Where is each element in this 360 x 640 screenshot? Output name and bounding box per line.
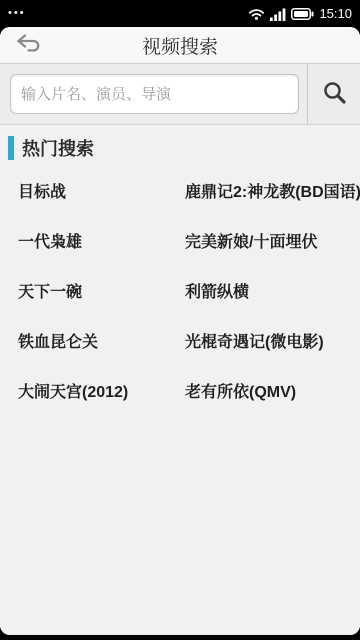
signal-icon xyxy=(270,7,286,21)
hot-search-item[interactable]: 铁血昆仑关 xyxy=(18,329,185,352)
hot-search-item[interactable]: 鹿鼎记2:神龙教(BD国语) xyxy=(185,179,360,202)
back-button[interactable] xyxy=(0,32,56,59)
status-time: 15:10 xyxy=(319,6,352,21)
app-card: 视频搜索 热门搜索 xyxy=(0,27,360,635)
hot-search-row: 目标战 鹿鼎记2:神龙教(BD国语) xyxy=(0,165,360,215)
hot-search-header: 热门搜索 xyxy=(0,133,360,163)
hot-search-item[interactable]: 完美新娘/十面埋伏 xyxy=(185,229,360,252)
hot-search-row: 天下一碗 利箭纵横 xyxy=(0,265,360,315)
battery-icon xyxy=(291,7,314,21)
hot-search-item[interactable]: 利箭纵横 xyxy=(185,279,360,302)
section-accent-bar xyxy=(8,136,14,160)
hot-search-item[interactable]: 光棍奇遇记(微电影) xyxy=(185,329,360,352)
hot-search-item[interactable]: 老有所依(QMV) xyxy=(185,379,360,402)
hot-search-item[interactable]: 大闹天宫(2012) xyxy=(18,379,185,402)
hot-search-row: 大闹天宫(2012) 老有所依(QMV) xyxy=(0,365,360,415)
hot-search-item[interactable]: 天下一碗 xyxy=(18,279,185,302)
search-input[interactable] xyxy=(10,74,299,114)
search-icon xyxy=(321,79,348,109)
section-title: 热门搜索 xyxy=(22,135,94,161)
content-area: 热门搜索 目标战 鹿鼎记2:神龙教(BD国语) 一代枭雄 完美新娘/十面埋伏 天… xyxy=(0,125,360,635)
app-header: 视频搜索 xyxy=(0,27,360,64)
search-button[interactable] xyxy=(308,64,360,124)
search-bar xyxy=(0,64,360,125)
phone-screen: ••• xyxy=(0,0,360,640)
wifi-icon xyxy=(248,7,265,21)
notification-dots-icon: ••• xyxy=(8,0,26,27)
hot-search-row: 铁血昆仑关 光棍奇遇记(微电影) xyxy=(0,315,360,365)
status-bar: ••• xyxy=(0,0,360,27)
hot-search-row: 一代枭雄 完美新娘/十面埋伏 xyxy=(0,215,360,265)
hot-search-list: 目标战 鹿鼎记2:神龙教(BD国语) 一代枭雄 完美新娘/十面埋伏 天下一碗 利… xyxy=(0,163,360,415)
back-arrow-icon xyxy=(14,41,42,58)
hot-search-item[interactable]: 目标战 xyxy=(18,179,185,202)
hot-search-item[interactable]: 一代枭雄 xyxy=(18,229,185,252)
